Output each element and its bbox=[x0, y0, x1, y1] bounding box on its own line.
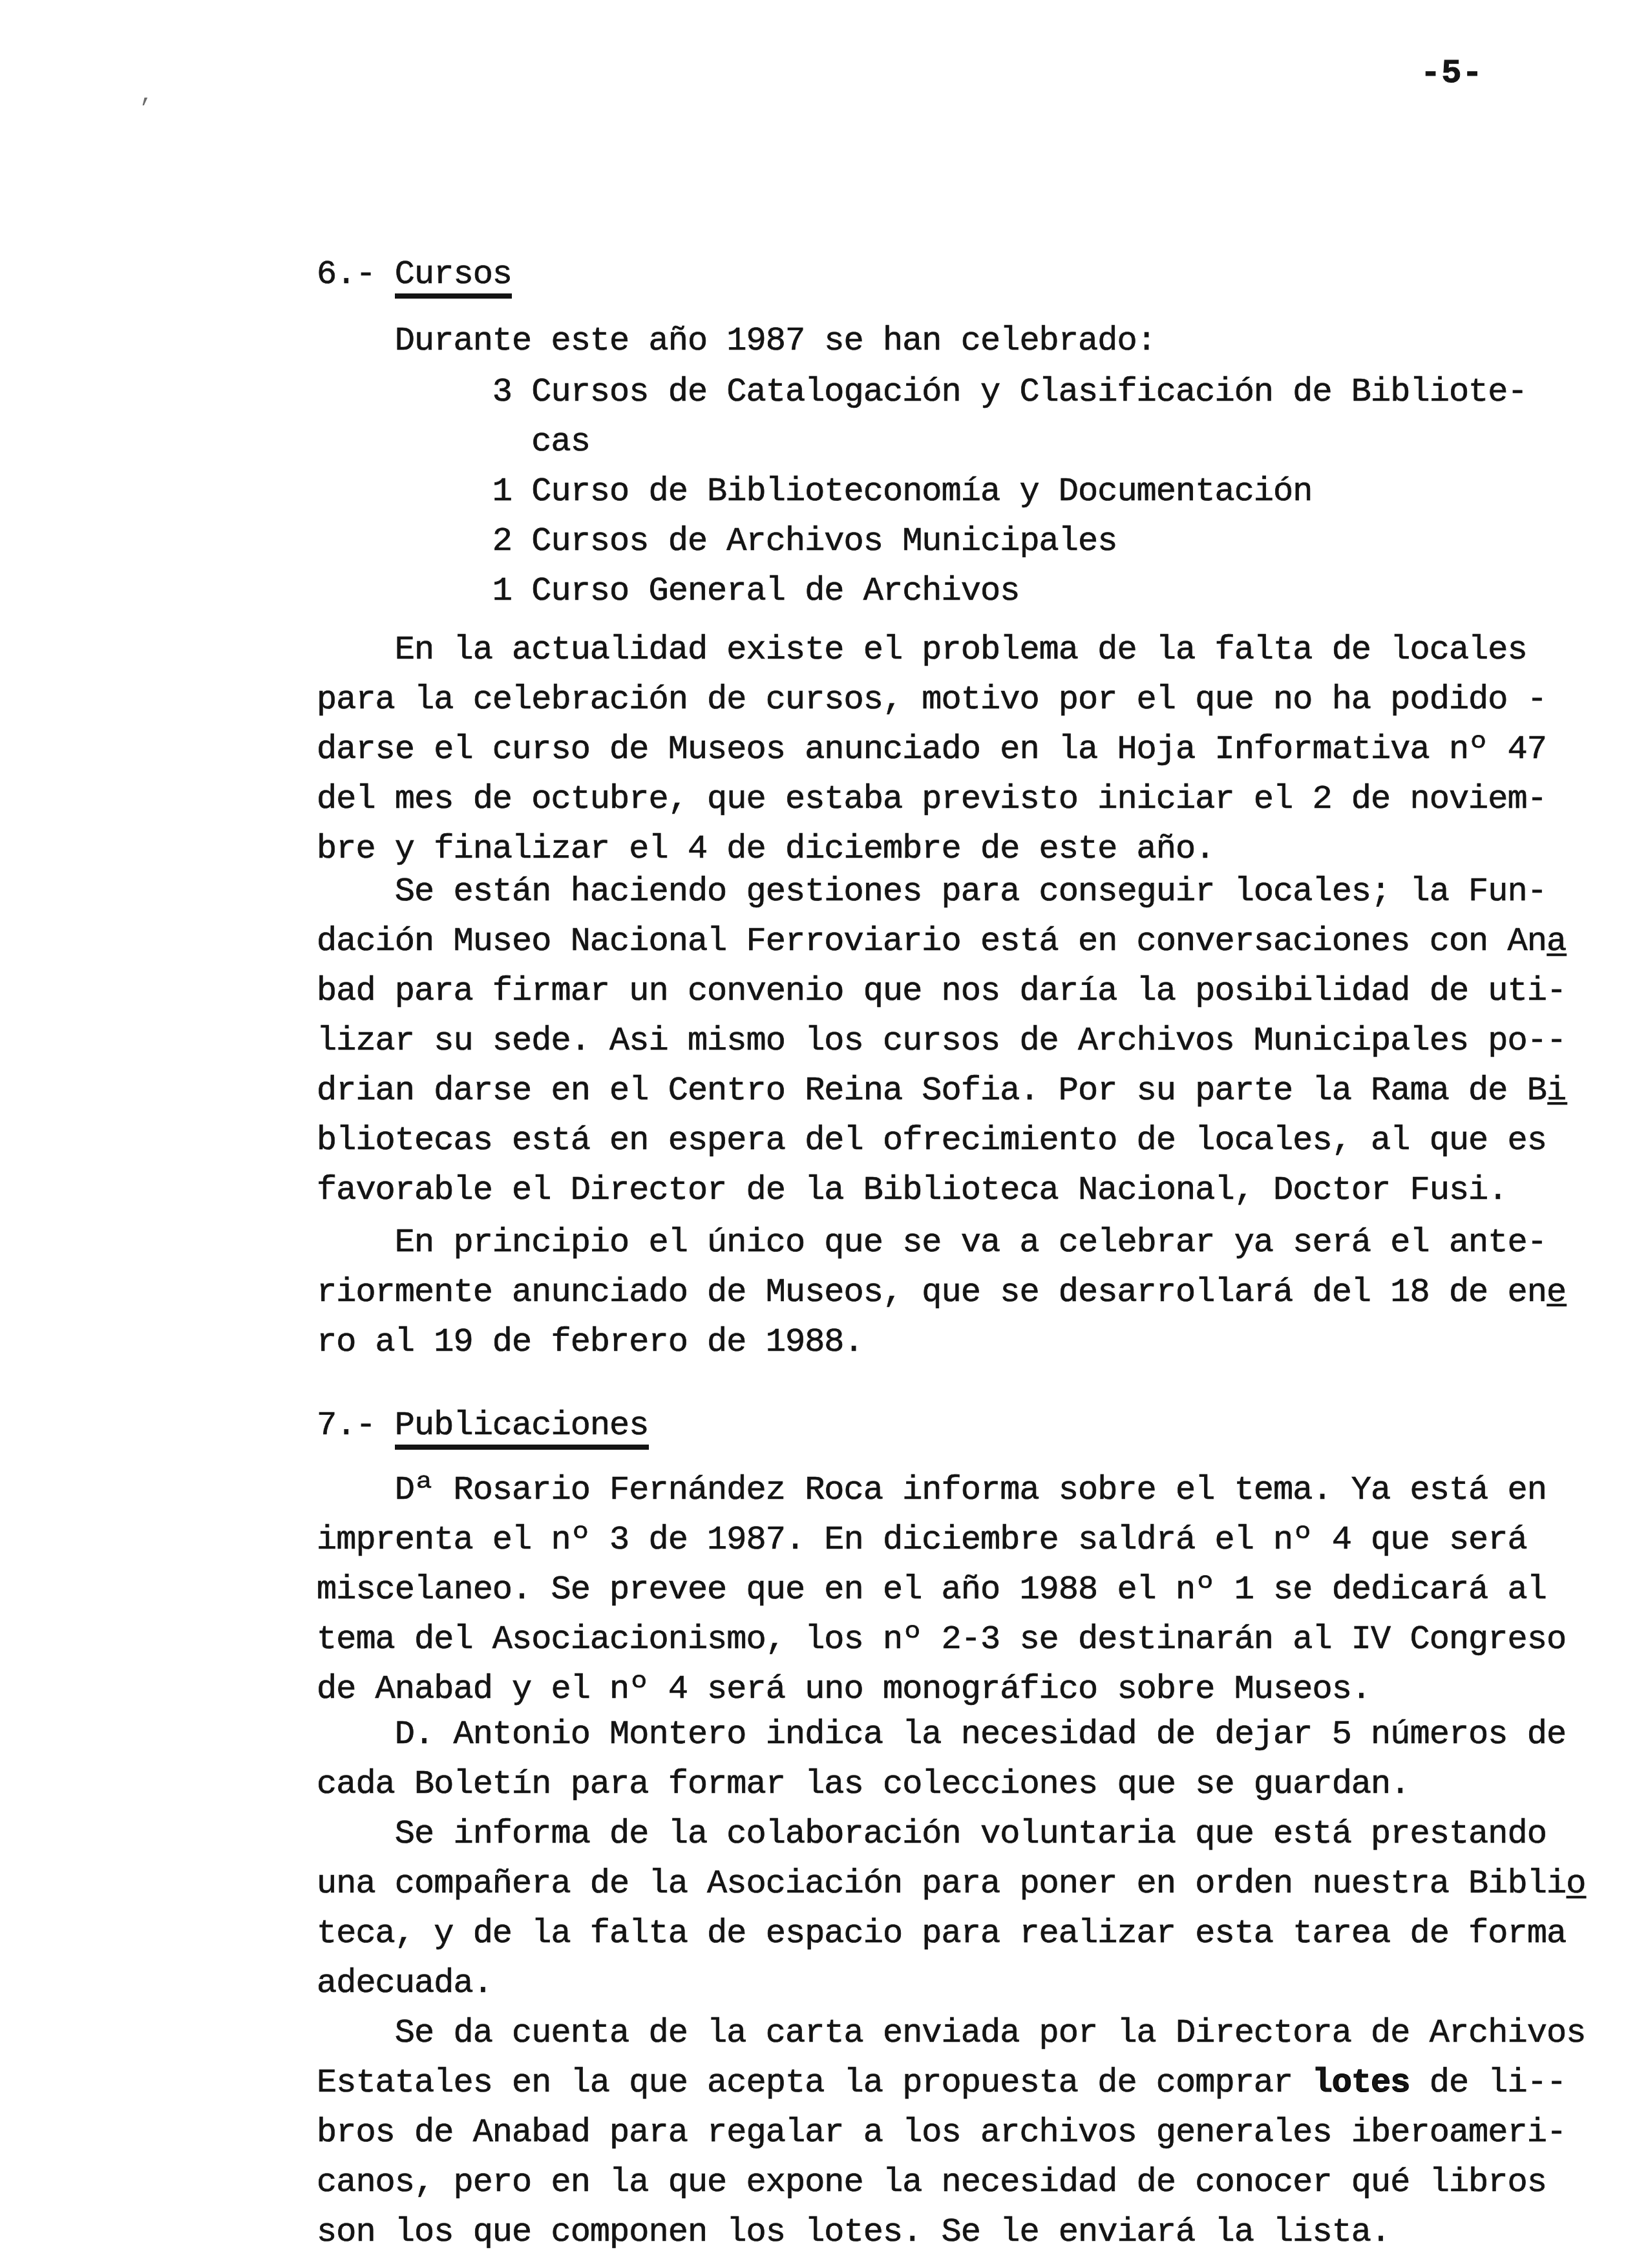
section-7-paragraph-3: Se informa de la colaboración voluntaria… bbox=[317, 1809, 1585, 2008]
text-line: bros de Anabad para regalar a los archiv… bbox=[317, 2108, 1585, 2157]
text-line: canos, pero en la que expone la necesida… bbox=[317, 2157, 1585, 2207]
section-7-paragraph-1: Dª Rosario Fernández Roca informa sobre … bbox=[317, 1465, 1566, 1714]
text-line: cas bbox=[317, 417, 1527, 467]
text-line: bad para firmar un convenio que nos darí… bbox=[317, 966, 1566, 1016]
text-line: Dª Rosario Fernández Roca informa sobre … bbox=[317, 1465, 1566, 1515]
text-line: darse el curso de Museos anunciado en la… bbox=[317, 725, 1547, 774]
text-line: 1 Curso de Biblioteconomía y Documentaci… bbox=[317, 467, 1527, 516]
section-7-heading: 7.- Publicaciones bbox=[317, 1401, 649, 1450]
text-line: En la actualidad existe el problema de l… bbox=[317, 625, 1547, 675]
text-line: Se informa de la colaboración voluntaria… bbox=[317, 1809, 1585, 1859]
text-line: imprenta el nº 3 de 1987. En diciembre s… bbox=[317, 1515, 1566, 1565]
text-line: 2 Cursos de Archivos Municipales bbox=[317, 516, 1527, 566]
text-line: bliotecas está en espera del ofrecimient… bbox=[317, 1116, 1566, 1165]
section-6-paragraph-1: En la actualidad existe el problema de l… bbox=[317, 625, 1547, 874]
text-line: 3 Cursos de Catalogación y Clasificación… bbox=[317, 367, 1527, 417]
text-line: miscelaneo. Se prevee que en el año 1988… bbox=[317, 1565, 1566, 1615]
section-6-number: 6.- bbox=[317, 255, 395, 293]
section-7-title: Publicaciones bbox=[395, 1406, 649, 1450]
text-line: de Anabad y el nº 4 será uno monográfico… bbox=[317, 1664, 1566, 1714]
scan-speck-mark: , bbox=[140, 81, 154, 108]
text-line: En principio el único que se va a celebr… bbox=[317, 1218, 1566, 1267]
text-line: favorable el Director de la Biblioteca N… bbox=[317, 1165, 1566, 1215]
text-line: del mes de octubre, que estaba previsto … bbox=[317, 774, 1547, 824]
text-line: cada Boletín para formar las colecciones… bbox=[317, 1759, 1566, 1809]
text-line: una compañera de la Asociación para pone… bbox=[317, 1859, 1585, 1909]
text-segment: Estatales en la que acepta la propuesta … bbox=[317, 2064, 1312, 2102]
text-line: son los que componen los lotes. Se le en… bbox=[317, 2207, 1585, 2257]
section-6-heading: 6.- Cursos bbox=[317, 249, 512, 299]
text-line: drian darse en el Centro Reina Sofia. Po… bbox=[317, 1066, 1566, 1116]
text-line: ro al 19 de febrero de 1988. bbox=[317, 1317, 1566, 1367]
section-6-paragraph-3: En principio el único que se va a celebr… bbox=[317, 1218, 1566, 1367]
text-line: tema del Asociacionismo, los nº 2-3 se d… bbox=[317, 1615, 1566, 1664]
scanned-typewritten-page: { "page": { "number_label": "-5-" }, "ma… bbox=[0, 0, 1648, 2268]
section-6-course-list: 3 Cursos de Catalogación y Clasificación… bbox=[317, 367, 1527, 616]
text-line: Se están haciendo gestiones para consegu… bbox=[317, 867, 1566, 917]
text-line: para la celebración de cursos, motivo po… bbox=[317, 675, 1547, 725]
section-6-paragraph-2: Se están haciendo gestiones para consegu… bbox=[317, 867, 1566, 1215]
text-line: Se da cuenta de la carta enviada por la … bbox=[317, 2008, 1585, 2058]
text-line: Estatales en la que acepta la propuesta … bbox=[317, 2058, 1585, 2108]
section-6-title: Cursos bbox=[395, 255, 512, 299]
text-line: 1 Curso General de Archivos bbox=[317, 566, 1527, 616]
text-line: adecuada. bbox=[317, 1958, 1585, 2008]
text-line: riormente anunciado de Museos, que se de… bbox=[317, 1267, 1566, 1317]
page-number: -5- bbox=[1421, 54, 1483, 92]
section-7-paragraph-4: Se da cuenta de la carta enviada por la … bbox=[317, 2008, 1585, 2257]
text-line: lizar su sede. Asi mismo los cursos de A… bbox=[317, 1016, 1566, 1066]
section-7-paragraph-2: D. Antonio Montero indica la necesidad d… bbox=[317, 1710, 1566, 1809]
section-6-intro-line: Durante este año 1987 se han celebrado: bbox=[317, 316, 1156, 366]
text-line: teca, y de la falta de espacio para real… bbox=[317, 1909, 1585, 1958]
text-line: dación Museo Nacional Ferroviario está e… bbox=[317, 917, 1566, 966]
text-line: D. Antonio Montero indica la necesidad d… bbox=[317, 1710, 1566, 1759]
text-segment: de li-- bbox=[1410, 2064, 1567, 2102]
bold-text: lotes bbox=[1312, 2064, 1410, 2102]
section-7-number: 7.- bbox=[317, 1406, 395, 1445]
